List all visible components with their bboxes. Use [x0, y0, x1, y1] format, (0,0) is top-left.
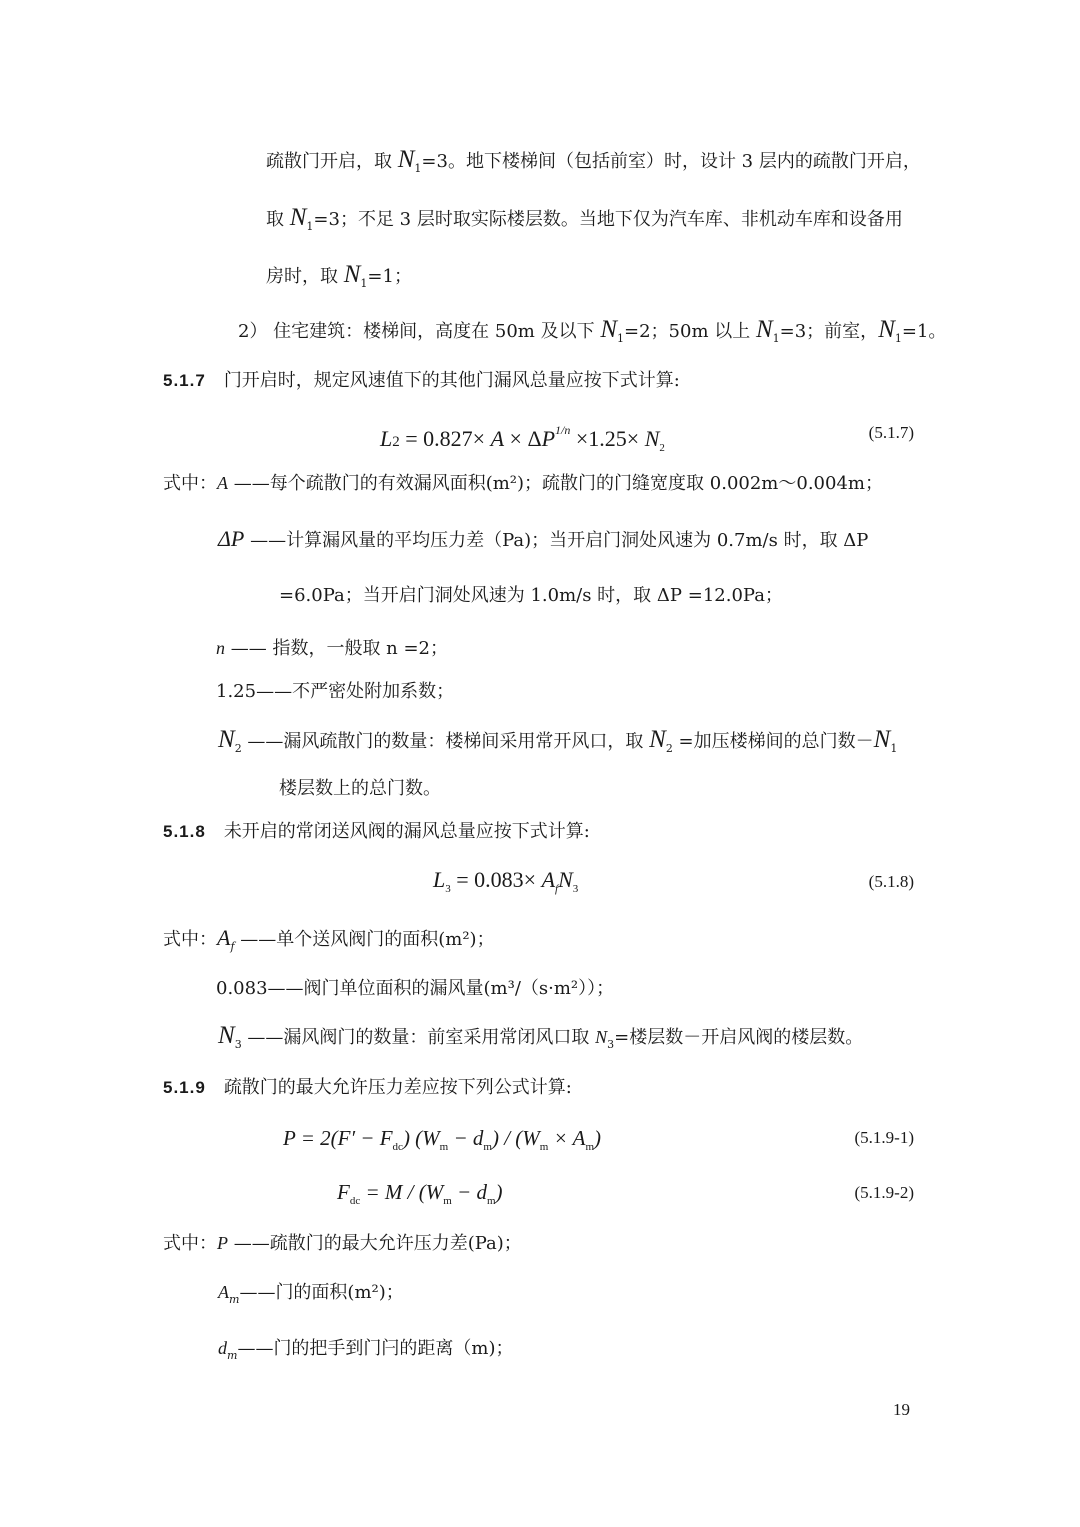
text: ) [594, 1126, 601, 1150]
paragraph-line: 疏散门开启，取 N1=3。地下楼梯间（包括前室）时，设计 3 层内的疏散门开启， [266, 148, 921, 181]
subscript: m [585, 1141, 594, 1153]
text: ×1.25× [570, 426, 644, 451]
math-var: n [216, 638, 225, 658]
text: = 0.083× [451, 867, 542, 892]
text: 式中： [163, 473, 217, 494]
definition-N2-cont: 楼层数上的总门数。 [279, 777, 441, 801]
subscript: m [443, 1195, 452, 1207]
math-var: N [756, 316, 773, 343]
text: ——门的面积(m²)； [239, 1282, 403, 1303]
text: =加压楼梯间的总门数－ [673, 731, 874, 752]
math-var: L [380, 426, 392, 451]
subscript: 3 [573, 883, 579, 895]
math-var: N [874, 726, 891, 753]
math-var: A [542, 867, 555, 892]
subscript: m [440, 1141, 449, 1153]
text: =1； [367, 266, 412, 287]
subscript: dc [393, 1141, 403, 1153]
section-title: 门开启时，规定风速值下的其他门漏风总量应按下式计算: [224, 370, 680, 391]
section-number: 5.1.8 [163, 822, 206, 841]
text: = 0.827× [400, 426, 491, 451]
subscript: 2 [235, 742, 242, 755]
text: − d [452, 1180, 487, 1204]
subscript: 2 [392, 434, 400, 450]
math-var: d [218, 1338, 227, 1358]
definition-1-25: 1.25——不严密处附加系数； [216, 680, 454, 704]
text: ——疏散门的最大允许压力差(Pa)； [228, 1233, 522, 1254]
math-var: P [217, 1233, 228, 1253]
definition-n: n —— 指数，一般取 n =2； [216, 636, 448, 661]
text: ——漏风疏散门的数量：楼梯间采用常开风口，取 [242, 731, 649, 752]
definition-A: 式中：A ——每个疏散门的有效漏风面积(m²)；疏散门的门缝宽度取 0.002m… [163, 471, 883, 496]
subscript: 1 [895, 332, 902, 345]
subscript: dc [350, 1195, 360, 1207]
text: − d [448, 1126, 483, 1150]
math-var: A [217, 473, 228, 493]
text: ) [496, 1180, 503, 1204]
text: 楼层数上的总门数。 [279, 778, 441, 799]
subscript: 1 [617, 332, 624, 345]
text: ——单个送风阀门的面积(m²)； [235, 929, 495, 950]
definition-0-083: 0.083——阀门单位面积的漏风量(m³/（s·m²））； [216, 977, 614, 1001]
text: =楼层数－开启风阀的楼层数。 [614, 1027, 863, 1048]
section-title: 疏散门的最大允许压力差应按下列公式计算: [224, 1077, 572, 1098]
text: P = 2(F′ − F [283, 1126, 393, 1150]
paragraph-line: 房时，取 N1=1； [266, 263, 412, 296]
math-var: N [558, 867, 573, 892]
definition-dm: dm——门的把手到门闩的距离（m)； [218, 1336, 514, 1368]
math-var: N [878, 316, 895, 343]
text: ——门的把手到门闩的距离（m)； [237, 1338, 513, 1359]
math-var: N [218, 726, 235, 753]
section-heading-5-1-7: 5.1.7门开启时，规定风速值下的其他门漏风总量应按下式计算: [163, 369, 680, 393]
text: 0.083——阀门单位面积的漏风量(m³/（s·m²））； [216, 978, 614, 999]
section-number: 5.1.9 [163, 1078, 206, 1097]
math-var: N [344, 261, 361, 288]
page-number: 19 [893, 1400, 910, 1420]
math-var: N [600, 316, 617, 343]
math-var: P [542, 426, 555, 451]
paragraph-line: 取 N1=3；不足 3 层时取实际楼层数。当地下仅为汽车库、非机动车库和设备用 [266, 206, 903, 239]
subscript: 2 [666, 742, 673, 755]
subscript: 1 [890, 742, 897, 755]
text: 式中： [163, 1233, 217, 1254]
formula-5-1-7: L2 = 0.827× A × ΔP1/n ×1.25× N2 [380, 418, 665, 460]
math-var: N [218, 1022, 235, 1049]
math-var: N [290, 204, 307, 231]
text: 房时，取 [266, 266, 344, 287]
section-heading-5-1-9: 5.1.9疏散门的最大允许压力差应按下列公式计算: [163, 1076, 572, 1100]
text: =1。 [902, 321, 947, 342]
text: =3；不足 3 层时取实际楼层数。当地下仅为汽车库、非机动车库和设备用 [313, 209, 902, 230]
equation-number: (5.1.7) [869, 423, 914, 443]
text: =2；50m 以上 [624, 321, 756, 342]
text: 取 [266, 209, 290, 230]
definition-deltaP: ΔP ——计算漏风量的平均压力差（Pa)；当开启门洞处风速为 0.7m/s 时，… [218, 527, 868, 553]
text: × A [548, 1126, 585, 1150]
text: 1.25——不严密处附加系数； [216, 681, 454, 702]
text: × Δ [504, 426, 542, 451]
formula-5-1-9-2: Fdc = M / (Wm − dm) [337, 1180, 503, 1213]
math-var: A [491, 426, 504, 451]
text: F [337, 1180, 350, 1204]
definition-deltaP-cont: =6.0Pa；当开启门洞处风速为 1.0m/s 时，取 ΔP =12.0Pa； [279, 584, 783, 608]
math-var: L [433, 867, 445, 892]
definition-Af: 式中：Af ——单个送风阀门的面积(m²)； [163, 926, 495, 959]
math-var: N [595, 1027, 607, 1047]
subscript: 1 [773, 332, 780, 345]
subscript: 2 [659, 442, 665, 454]
text: —— 指数，一般取 n =2； [225, 638, 448, 659]
definition-N2: N2 ——漏风疏散门的数量：楼梯间采用常开风口，取 N2 =加压楼梯间的总门数－… [218, 728, 897, 761]
equation-number: (5.1.9-2) [855, 1183, 914, 1203]
text: = M / (W [360, 1180, 443, 1204]
subscript: m [229, 1293, 239, 1306]
text: =3。地下楼梯间（包括前室）时，设计 3 层内的疏散门开启， [421, 151, 920, 172]
definition-N3: N3 ——漏风阀门的数量：前室采用常闭风口取 N3=楼层数－开启风阀的楼层数。 [218, 1024, 863, 1057]
subscript: m [483, 1141, 492, 1153]
text: =3；前室， [780, 321, 879, 342]
subscript: 3 [235, 1038, 242, 1051]
definition-Am: Am——门的面积(m²)； [218, 1280, 404, 1312]
text: ——计算漏风量的平均压力差（Pa)；当开启门洞处风速为 0.7m/s 时，取 Δ… [244, 530, 868, 551]
subscript: m [227, 1349, 237, 1362]
text: 式中： [163, 929, 217, 950]
subscript: m [487, 1195, 496, 1207]
equation-number: (5.1.8) [869, 872, 914, 892]
text: ——漏风阀门的数量：前室采用常闭风口取 [242, 1027, 595, 1048]
text: ——每个疏散门的有效漏风面积(m²)；疏散门的门缝宽度取 0.002m～0.00… [228, 473, 883, 494]
text: ) / (W [492, 1126, 540, 1150]
exponent: 1/n [555, 418, 570, 442]
math-var: N [645, 426, 660, 451]
section-number: 5.1.7 [163, 371, 206, 390]
text: 疏散门开启，取 [266, 151, 398, 172]
math-var: N [398, 146, 415, 173]
math-var: ΔP [218, 526, 244, 551]
text: 2） 住宅建筑：楼梯间，高度在 50m 及以下 [238, 321, 600, 342]
formula-5-1-8: L3 = 0.083× AfN3 [433, 868, 578, 901]
text: ) (W [403, 1126, 440, 1150]
text: =6.0Pa；当开启门洞处风速为 1.0m/s 时，取 ΔP =12.0Pa； [279, 585, 783, 606]
math-var: N [649, 726, 666, 753]
section-title: 未开启的常闭送风阀的漏风总量应按下式计算: [224, 821, 590, 842]
math-var: A [217, 925, 230, 950]
list-item-residential: 2） 住宅建筑：楼梯间，高度在 50m 及以下 N1=2；50m 以上 N1=3… [238, 318, 946, 351]
section-heading-5-1-8: 5.1.8未开启的常闭送风阀的漏风总量应按下式计算: [163, 820, 590, 844]
formula-5-1-9-1: P = 2(F′ − Fdc) (Wm − dm) / (Wm × Am) [283, 1126, 601, 1159]
equation-number: (5.1.9-1) [855, 1128, 914, 1148]
definition-P: 式中：P ——疏散门的最大允许压力差(Pa)； [163, 1231, 522, 1256]
math-var: A [218, 1282, 229, 1302]
